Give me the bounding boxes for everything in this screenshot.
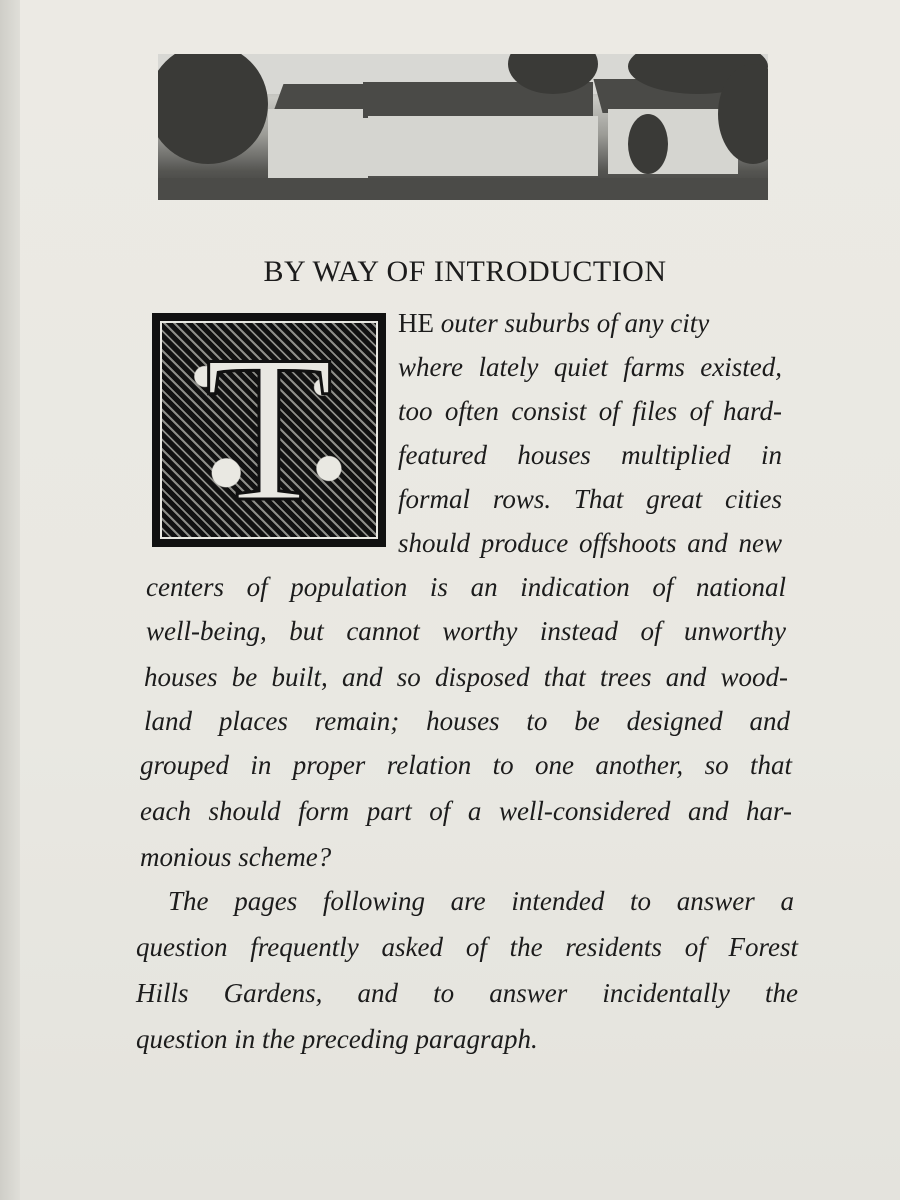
paragraph-line: featured houses multiplied in bbox=[398, 440, 782, 471]
paragraph-line: The pages following are intended to answ… bbox=[168, 886, 794, 917]
paragraph-line: HE outer suburbs of any city bbox=[398, 308, 782, 339]
paragraph-line: centers of population is an indication o… bbox=[146, 572, 786, 603]
paragraph-line: each should form part of a well-consider… bbox=[140, 796, 792, 827]
paragraph-line: too often consist of files of hard- bbox=[398, 396, 782, 427]
paragraph-line: formal rows. That great cities bbox=[398, 484, 782, 515]
paragraph-line: well-being, but cannot worthy instead of… bbox=[146, 616, 786, 647]
ornamental-dropcap: T bbox=[152, 313, 386, 547]
paragraph-line: question in the preceding paragraph. bbox=[136, 1024, 538, 1055]
paragraph-line: question frequently asked of the residen… bbox=[136, 932, 798, 963]
paragraph-line: grouped in proper relation to one anothe… bbox=[140, 750, 792, 781]
paragraph-line: houses be built, and so disposed that tr… bbox=[144, 662, 788, 693]
paragraph-line: should produce offshoots and new bbox=[398, 528, 782, 559]
paragraph-line: where lately quiet farms existed, bbox=[398, 352, 782, 383]
dropcap-letter: T bbox=[154, 309, 384, 549]
paragraph-line: monious scheme? bbox=[140, 842, 331, 873]
paragraph-line: Hills Gardens, and to answer incidentall… bbox=[136, 978, 798, 1009]
section-heading: BY WAY OF INTRODUCTION bbox=[0, 255, 900, 289]
paragraph-line: land places remain; houses to be designe… bbox=[144, 706, 790, 737]
header-photo bbox=[158, 54, 768, 200]
small-caps-lead: HE bbox=[398, 308, 434, 338]
